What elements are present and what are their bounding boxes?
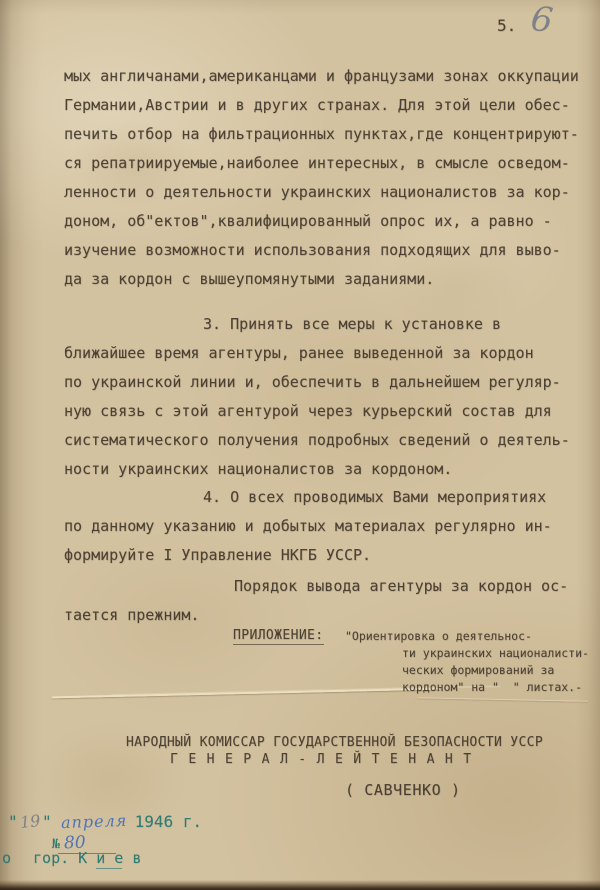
paper-bottom-edge (0, 880, 600, 890)
text-line: Германии,Австрии и в других странах. Для… (64, 91, 594, 120)
text-line: 4. О всех проводимых Вами мероприятиях (64, 483, 594, 512)
city-name: гор. К и е в (33, 849, 141, 867)
paper-crease (418, 697, 588, 702)
text-line: тается прежним. (64, 601, 594, 630)
date-day-handwritten: 19 (19, 811, 41, 832)
attachment-line: ческих формирований за (402, 662, 589, 679)
text-line: Порядок вывода агентуры за кордон ос- (64, 572, 594, 601)
text-line: ленности о деятельности украинских нацио… (64, 178, 594, 207)
attachment-block: "Ориентировка о деятельнос- ти украински… (345, 628, 589, 696)
text-line: по данному указанию и добытых материалах… (64, 512, 594, 541)
text-line: формируйте I Управление НКГБ УССР. (64, 541, 594, 570)
attachment-label: ПРИЛОЖЕНИЕ: (233, 628, 324, 645)
text-line: изучение возможности использования подхо… (64, 236, 594, 265)
attachment-line: ти украинских националисти- (402, 645, 589, 662)
footer-city: огор. К и е в (2, 849, 141, 867)
paragraph-point-4: 4. О всех проводимых Вами мероприятиях п… (64, 483, 594, 570)
date-quote-close: " (42, 812, 52, 831)
text-line: печить отбор на фильтрационных пунктах,г… (64, 120, 594, 149)
attachment-line: кордоном" на " " листах.- (402, 679, 589, 696)
document-page: 5. 6 мых англичанами,американцами и фран… (0, 0, 600, 890)
text-line: ся репатриируемые,наиболее интересных, в… (64, 149, 594, 178)
text-line: ную связь с этой агентурой через курьерс… (64, 397, 594, 426)
paragraph-continuation: мых англичанами,американцами и французам… (64, 62, 594, 294)
signature-title-line: НАРОДНЫЙ КОМИССАР ГОСУДАРСТВЕННОЙ БЕЗОПА… (126, 735, 543, 750)
text-line: по украинской линии и, обеспечить в даль… (64, 368, 594, 397)
signature-name: ( САВЧЕНКО ) (345, 781, 461, 799)
text-line: ности украинских националистов за кордон… (64, 455, 594, 484)
text-line: доном, об"ектов",квалифицированный опрос… (64, 207, 594, 236)
page-number-handwritten: 6 (529, 0, 555, 41)
underline-dash (96, 868, 122, 869)
edge-character: о (2, 849, 11, 867)
text-line: 3. Принять все меры к установке в (64, 310, 594, 339)
paragraph-point-3: 3. Принять все меры к установке в ближай… (64, 310, 594, 484)
date-year-typed: 1946 г. (135, 812, 202, 831)
signature-rank-line: ГЕНЕРАЛ-ЛЕЙТЕНАНТ (170, 752, 482, 767)
paragraph-procedure: Порядок вывода агентуры за кордон ос- та… (64, 572, 594, 630)
date-quote-open: " (8, 812, 18, 831)
date-month-handwritten: апреля (61, 811, 128, 832)
text-line: ближайшее время агентуры, ранее выведенн… (64, 339, 594, 368)
attachment-line: "Ориентировка о деятельнос- (345, 628, 589, 645)
footer-date: "19" апреля1946 г. (8, 812, 202, 831)
text-line: систематического получения подробных све… (64, 426, 594, 455)
page-number-typed: 5. (497, 16, 516, 35)
text-line: мых англичанами,американцами и французам… (64, 62, 594, 91)
text-line: да за кордон с вышеупомянутыми заданиями… (64, 265, 594, 294)
